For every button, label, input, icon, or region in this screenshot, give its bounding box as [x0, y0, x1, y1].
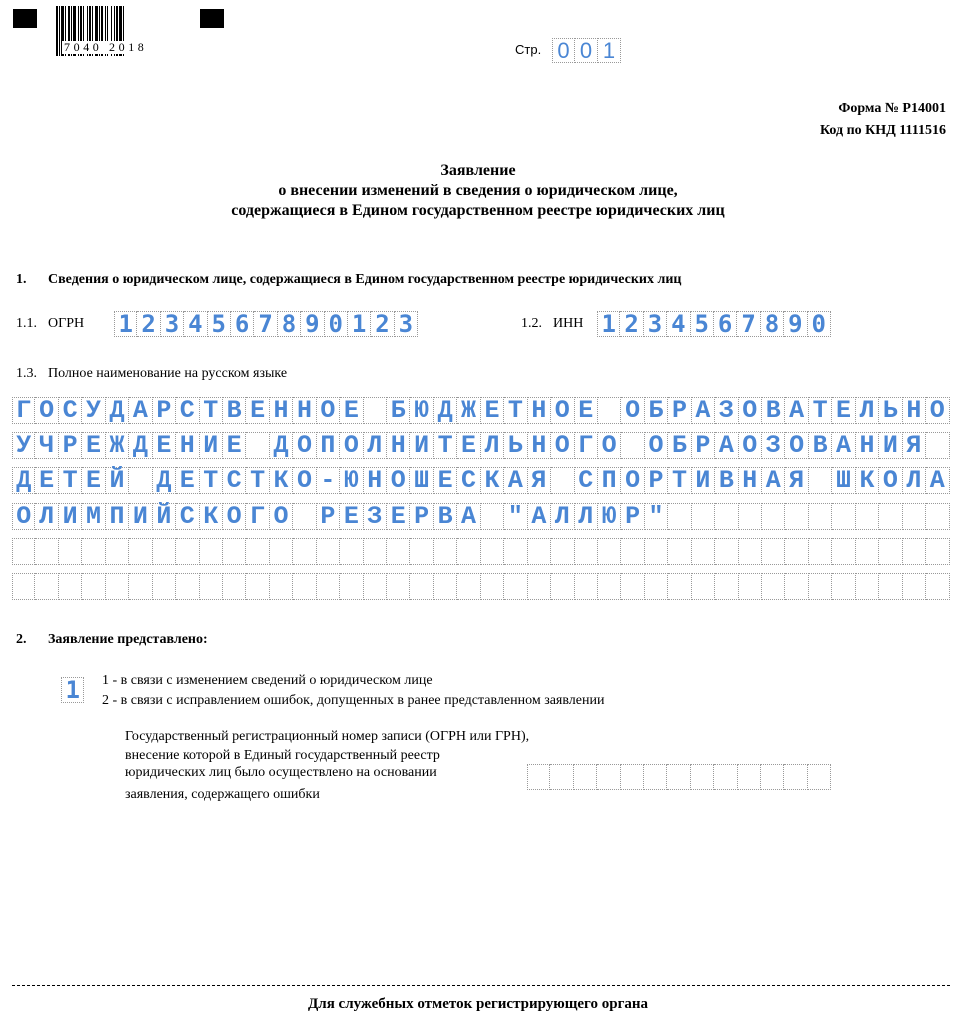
char-cell[interactable]: Т [200, 467, 223, 494]
char-cell[interactable]: О [621, 397, 644, 424]
char-cell[interactable] [410, 573, 433, 600]
char-cell[interactable]: О [598, 432, 621, 459]
char-cell[interactable]: 3 [395, 311, 418, 337]
char-cell[interactable]: К [200, 503, 223, 530]
char-cell[interactable] [762, 573, 785, 600]
char-cell[interactable]: В [434, 503, 457, 530]
char-cell[interactable]: О [551, 432, 574, 459]
char-cell[interactable]: Б [668, 432, 691, 459]
char-cell[interactable] [246, 538, 269, 565]
char-cell[interactable]: С [176, 503, 199, 530]
char-cell[interactable]: О [926, 397, 949, 424]
char-cell[interactable] [598, 538, 621, 565]
page-number-field[interactable]: 001 [552, 38, 621, 63]
grn-field[interactable] [527, 764, 831, 790]
char-cell[interactable] [35, 538, 58, 565]
char-cell[interactable]: - [317, 467, 340, 494]
char-cell[interactable]: А [762, 467, 785, 494]
char-cell[interactable]: 5 [208, 311, 231, 337]
char-cell[interactable]: С [575, 467, 598, 494]
char-cell[interactable]: Е [340, 397, 363, 424]
char-cell[interactable] [12, 573, 35, 600]
char-cell[interactable] [504, 573, 527, 600]
char-cell[interactable]: И [879, 432, 902, 459]
char-cell[interactable]: 9 [301, 311, 324, 337]
char-cell[interactable]: 7 [737, 311, 760, 337]
char-cell[interactable]: Р [153, 397, 176, 424]
char-cell[interactable] [246, 432, 269, 459]
char-cell[interactable] [270, 573, 293, 600]
char-cell[interactable] [293, 538, 316, 565]
char-cell[interactable]: З [715, 397, 738, 424]
char-cell[interactable]: 2 [371, 311, 394, 337]
char-cell[interactable]: 9 [784, 311, 807, 337]
char-cell[interactable]: Е [153, 432, 176, 459]
char-cell[interactable]: Е [82, 432, 105, 459]
char-cell[interactable]: А [528, 503, 551, 530]
title-line-3: содержащиеся в Едином государственном ре… [0, 201, 956, 221]
char-cell[interactable]: Н [739, 467, 762, 494]
char-cell[interactable] [644, 764, 667, 790]
char-cell[interactable]: И [59, 503, 82, 530]
char-cell[interactable] [364, 397, 387, 424]
char-cell[interactable] [903, 538, 926, 565]
char-cell[interactable]: О [551, 397, 574, 424]
char-cell[interactable]: И [129, 503, 152, 530]
char-cell[interactable]: Й [153, 503, 176, 530]
char-cell[interactable]: Н [528, 432, 551, 459]
char-cell[interactable] [246, 573, 269, 600]
char-cell[interactable]: Л [551, 503, 574, 530]
char-cell[interactable]: О [879, 467, 902, 494]
char-cell[interactable]: Н [387, 432, 410, 459]
char-cell[interactable] [82, 573, 105, 600]
char-cell[interactable] [621, 764, 644, 790]
char-cell[interactable]: Ч [35, 432, 58, 459]
char-cell[interactable]: Т [809, 397, 832, 424]
char-cell[interactable]: 2 [137, 311, 160, 337]
char-cell[interactable] [293, 503, 316, 530]
char-cell[interactable] [153, 538, 176, 565]
char-cell[interactable] [550, 764, 573, 790]
char-cell[interactable] [528, 538, 551, 565]
char-cell[interactable]: О [317, 397, 340, 424]
char-cell[interactable] [597, 764, 620, 790]
char-cell[interactable] [481, 538, 504, 565]
char-cell[interactable] [621, 432, 644, 459]
char-cell[interactable]: Ю [340, 467, 363, 494]
char-cell[interactable] [738, 764, 761, 790]
char-cell[interactable]: Л [35, 503, 58, 530]
char-cell[interactable]: З [762, 432, 785, 459]
char-cell[interactable] [481, 503, 504, 530]
char-cell[interactable]: И [410, 432, 433, 459]
char-cell[interactable] [667, 764, 690, 790]
char-cell[interactable] [903, 503, 926, 530]
inn-field[interactable]: 1234567890 [597, 311, 831, 337]
char-cell[interactable]: Л [481, 432, 504, 459]
char-cell[interactable] [739, 503, 762, 530]
char-cell[interactable] [809, 503, 832, 530]
char-cell[interactable]: Д [106, 397, 129, 424]
char-cell[interactable]: Л [364, 432, 387, 459]
char-cell[interactable] [785, 503, 808, 530]
char-cell[interactable] [317, 573, 340, 600]
char-cell[interactable] [106, 538, 129, 565]
char-cell[interactable]: Н [528, 397, 551, 424]
char-cell[interactable]: Н [293, 397, 316, 424]
char-cell[interactable]: И [692, 467, 715, 494]
char-cell[interactable]: Г [575, 432, 598, 459]
char-cell[interactable] [293, 573, 316, 600]
char-cell[interactable] [692, 573, 715, 600]
char-cell[interactable] [856, 538, 879, 565]
char-cell[interactable]: 5 [691, 311, 714, 337]
char-cell[interactable]: Р [621, 503, 644, 530]
char-cell[interactable]: М [82, 503, 105, 530]
char-cell[interactable] [879, 538, 902, 565]
char-cell[interactable] [926, 503, 949, 530]
char-cell[interactable]: Б [645, 397, 668, 424]
char-cell[interactable] [410, 538, 433, 565]
char-cell[interactable]: Т [59, 467, 82, 494]
char-cell[interactable]: В [809, 432, 832, 459]
char-cell[interactable]: С [457, 467, 480, 494]
char-cell[interactable] [200, 573, 223, 600]
char-cell[interactable] [223, 573, 246, 600]
full-name-row[interactable]: ГОСУДАРСТВЕННОЕБЮДЖЕТНОЕОБРАЗОВАТЕЛЬНО [12, 397, 950, 424]
submission-reason-field[interactable]: 1 [61, 677, 84, 703]
char-cell[interactable]: Г [12, 397, 35, 424]
char-cell[interactable]: Д [12, 467, 35, 494]
char-cell[interactable]: С [223, 467, 246, 494]
form-code: Форма № Р14001 Код по КНД 1111516 [820, 98, 946, 142]
char-cell[interactable] [457, 538, 480, 565]
char-cell[interactable]: О [35, 397, 58, 424]
char-cell[interactable]: У [12, 432, 35, 459]
char-cell[interactable] [621, 538, 644, 565]
char-cell[interactable] [575, 573, 598, 600]
char-cell[interactable]: Ш [832, 467, 855, 494]
char-cell[interactable] [82, 538, 105, 565]
char-cell[interactable]: Р [410, 503, 433, 530]
char-cell[interactable] [504, 538, 527, 565]
char-cell[interactable]: А [457, 503, 480, 530]
char-cell[interactable]: 8 [761, 311, 784, 337]
char-cell[interactable] [785, 573, 808, 600]
char-cell[interactable] [785, 538, 808, 565]
char-cell[interactable]: А [129, 397, 152, 424]
char-cell[interactable]: 0 [575, 38, 598, 63]
char-cell[interactable] [387, 538, 410, 565]
char-cell[interactable]: 0 [808, 311, 831, 337]
char-cell[interactable] [575, 538, 598, 565]
char-cell[interactable]: Л [856, 397, 879, 424]
char-cell[interactable] [129, 467, 152, 494]
char-cell[interactable] [809, 538, 832, 565]
char-cell[interactable] [903, 573, 926, 600]
char-cell[interactable] [668, 573, 691, 600]
char-cell[interactable]: П [106, 503, 129, 530]
char-cell[interactable]: 0 [325, 311, 348, 337]
char-cell[interactable]: Е [246, 397, 269, 424]
char-cell[interactable]: Н [856, 432, 879, 459]
ogrn-label: ОГРН [48, 316, 84, 332]
char-cell[interactable]: Ь [504, 432, 527, 459]
char-cell[interactable]: В [223, 397, 246, 424]
char-cell[interactable] [340, 538, 363, 565]
char-cell[interactable]: О [785, 432, 808, 459]
char-cell[interactable]: И [200, 432, 223, 459]
char-cell[interactable]: П [317, 432, 340, 459]
page-label: Стр. [515, 42, 541, 57]
char-cell[interactable] [809, 573, 832, 600]
char-cell[interactable]: 1 [114, 311, 137, 337]
char-cell[interactable] [715, 503, 738, 530]
char-cell[interactable]: 7 [254, 311, 277, 337]
char-cell[interactable]: А [926, 467, 949, 494]
char-cell[interactable]: Е [340, 503, 363, 530]
char-cell[interactable]: Е [35, 467, 58, 494]
char-cell[interactable]: Т [668, 467, 691, 494]
char-cell[interactable] [809, 467, 832, 494]
char-cell[interactable]: Е [832, 397, 855, 424]
char-cell[interactable] [434, 573, 457, 600]
full-name-row[interactable] [12, 573, 950, 600]
char-cell[interactable] [434, 538, 457, 565]
char-cell[interactable]: Е [176, 467, 199, 494]
char-cell[interactable] [668, 503, 691, 530]
char-cell[interactable] [551, 573, 574, 600]
char-cell[interactable] [340, 573, 363, 600]
char-cell[interactable]: Н [176, 432, 199, 459]
char-cell[interactable]: О [12, 503, 35, 530]
char-cell[interactable]: С [59, 397, 82, 424]
char-cell[interactable]: О [270, 503, 293, 530]
char-cell[interactable] [926, 573, 949, 600]
char-cell[interactable]: " [504, 503, 527, 530]
char-cell[interactable] [879, 573, 902, 600]
char-cell[interactable]: Е [481, 397, 504, 424]
char-cell[interactable]: Т [246, 467, 269, 494]
char-cell[interactable] [692, 503, 715, 530]
char-cell[interactable]: Д [270, 432, 293, 459]
char-cell[interactable]: Р [692, 432, 715, 459]
char-cell[interactable] [35, 573, 58, 600]
char-cell[interactable]: Ю [598, 503, 621, 530]
char-cell[interactable]: О [340, 432, 363, 459]
char-cell[interactable]: В [715, 467, 738, 494]
char-cell[interactable] [715, 573, 738, 600]
char-cell[interactable]: 8 [278, 311, 301, 337]
char-cell[interactable] [832, 503, 855, 530]
char-cell[interactable]: О [739, 397, 762, 424]
char-cell[interactable]: Б [387, 397, 410, 424]
char-cell[interactable] [714, 764, 737, 790]
full-name-row[interactable]: ДЕТЕЙДЕТСТКО-ЮНОШЕСКАЯСПОРТИВНАЯШКОЛА [12, 467, 950, 494]
char-cell[interactable]: 1 [597, 311, 620, 337]
char-cell[interactable] [481, 573, 504, 600]
char-cell[interactable]: Т [504, 397, 527, 424]
char-cell[interactable]: В [762, 397, 785, 424]
char-cell[interactable]: А [692, 397, 715, 424]
char-cell[interactable]: Я [528, 467, 551, 494]
char-cell[interactable] [574, 764, 597, 790]
char-cell[interactable]: А [832, 432, 855, 459]
char-cell[interactable] [59, 538, 82, 565]
char-cell[interactable] [715, 538, 738, 565]
char-cell[interactable]: 1 [598, 38, 621, 63]
char-cell[interactable] [856, 503, 879, 530]
char-cell[interactable] [551, 538, 574, 565]
char-cell[interactable] [645, 573, 668, 600]
char-cell[interactable]: Е [434, 467, 457, 494]
ogrn-field[interactable]: 1234567890123 [114, 311, 418, 337]
char-cell[interactable] [129, 538, 152, 565]
char-cell[interactable] [598, 397, 621, 424]
char-cell[interactable]: 2 [620, 311, 643, 337]
char-cell[interactable]: О [293, 432, 316, 459]
char-cell[interactable]: 3 [161, 311, 184, 337]
char-cell[interactable]: 4 [667, 311, 690, 337]
char-cell[interactable] [457, 573, 480, 600]
char-cell[interactable]: А [785, 397, 808, 424]
char-cell[interactable]: 3 [644, 311, 667, 337]
char-cell[interactable]: Р [645, 467, 668, 494]
char-cell[interactable]: 0 [552, 38, 575, 63]
char-cell[interactable] [106, 573, 129, 600]
char-cell[interactable] [176, 538, 199, 565]
char-cell[interactable] [317, 538, 340, 565]
full-name-row[interactable] [12, 538, 950, 565]
char-cell[interactable]: Г [246, 503, 269, 530]
char-cell[interactable]: 1 [61, 677, 84, 703]
char-cell[interactable]: Е [575, 397, 598, 424]
char-cell[interactable]: 6 [231, 311, 254, 337]
char-cell[interactable]: О [645, 432, 668, 459]
char-cell[interactable]: Т [434, 432, 457, 459]
document-title: Заявление о внесении изменений в сведени… [0, 161, 956, 221]
char-cell[interactable] [528, 573, 551, 600]
char-cell[interactable] [856, 573, 879, 600]
char-cell[interactable]: О [621, 467, 644, 494]
char-cell[interactable]: Н [364, 467, 387, 494]
char-cell[interactable] [808, 764, 831, 790]
char-cell[interactable]: 6 [714, 311, 737, 337]
char-cell[interactable]: 1 [348, 311, 371, 337]
char-cell[interactable] [645, 538, 668, 565]
char-cell[interactable] [832, 538, 855, 565]
char-cell[interactable]: К [856, 467, 879, 494]
char-cell[interactable] [527, 764, 550, 790]
char-cell[interactable] [598, 573, 621, 600]
char-cell[interactable] [200, 538, 223, 565]
char-cell[interactable]: Л [575, 503, 598, 530]
char-cell[interactable]: Е [387, 503, 410, 530]
char-cell[interactable] [784, 764, 807, 790]
char-cell[interactable]: Р [317, 503, 340, 530]
section-2-number: 2. [16, 632, 27, 648]
char-cell[interactable]: Я [903, 432, 926, 459]
inn-label: ИНН [553, 316, 583, 332]
char-cell[interactable]: О [293, 467, 316, 494]
char-cell[interactable]: П [598, 467, 621, 494]
char-cell[interactable]: Р [668, 397, 691, 424]
char-cell[interactable] [739, 538, 762, 565]
char-cell[interactable]: А [715, 432, 738, 459]
char-cell[interactable]: С [176, 397, 199, 424]
char-cell[interactable] [762, 503, 785, 530]
char-cell[interactable] [926, 538, 949, 565]
char-cell[interactable]: Е [82, 467, 105, 494]
char-cell[interactable] [668, 538, 691, 565]
char-cell[interactable] [364, 538, 387, 565]
char-cell[interactable]: Д [153, 467, 176, 494]
char-cell[interactable]: Н [903, 397, 926, 424]
char-cell[interactable] [762, 538, 785, 565]
char-cell[interactable] [153, 573, 176, 600]
char-cell[interactable] [129, 573, 152, 600]
char-cell[interactable]: К [481, 467, 504, 494]
char-cell[interactable] [364, 573, 387, 600]
char-cell[interactable]: З [364, 503, 387, 530]
char-cell[interactable]: Й [106, 467, 129, 494]
char-cell[interactable]: Т [200, 397, 223, 424]
char-cell[interactable] [879, 503, 902, 530]
char-cell[interactable]: Н [270, 397, 293, 424]
char-cell[interactable] [176, 573, 199, 600]
grn-label-line-4: заявления, содержащего ошибки [125, 785, 529, 805]
char-cell[interactable]: О [223, 503, 246, 530]
char-cell[interactable] [270, 538, 293, 565]
char-cell[interactable]: 4 [184, 311, 207, 337]
char-cell[interactable] [12, 538, 35, 565]
char-cell[interactable] [551, 467, 574, 494]
char-cell[interactable]: Р [59, 432, 82, 459]
char-cell[interactable] [387, 573, 410, 600]
char-cell[interactable]: Ш [410, 467, 433, 494]
char-cell[interactable]: Ю [410, 397, 433, 424]
full-name-row[interactable]: УЧРЕЖДЕНИЕДОПОЛНИТЕЛЬНОГООБРАОЗОВАНИЯ [12, 432, 950, 459]
char-cell[interactable]: Е [457, 432, 480, 459]
char-cell[interactable] [691, 764, 714, 790]
full-name-row[interactable]: ОЛИМПИЙСКОГОРЕЗЕРВА"АЛЛЮР" [12, 503, 950, 530]
char-cell[interactable]: А [504, 467, 527, 494]
char-cell[interactable]: Д [434, 397, 457, 424]
char-cell[interactable] [223, 538, 246, 565]
char-cell[interactable] [761, 764, 784, 790]
char-cell[interactable] [59, 573, 82, 600]
char-cell[interactable] [832, 573, 855, 600]
char-cell[interactable] [692, 538, 715, 565]
char-cell[interactable]: Ж [106, 432, 129, 459]
char-cell[interactable]: Л [903, 467, 926, 494]
char-cell[interactable]: О [739, 432, 762, 459]
char-cell[interactable]: Е [223, 432, 246, 459]
char-cell[interactable]: Ь [879, 397, 902, 424]
char-cell[interactable]: О [387, 467, 410, 494]
char-cell[interactable]: К [270, 467, 293, 494]
char-cell[interactable] [621, 573, 644, 600]
char-cell[interactable]: Ж [457, 397, 480, 424]
char-cell[interactable]: У [82, 397, 105, 424]
section-2-heading: Заявление представлено: [48, 632, 208, 648]
char-cell[interactable] [739, 573, 762, 600]
char-cell[interactable]: " [645, 503, 668, 530]
char-cell[interactable]: Я [785, 467, 808, 494]
char-cell[interactable] [926, 432, 949, 459]
char-cell[interactable]: Д [129, 432, 152, 459]
